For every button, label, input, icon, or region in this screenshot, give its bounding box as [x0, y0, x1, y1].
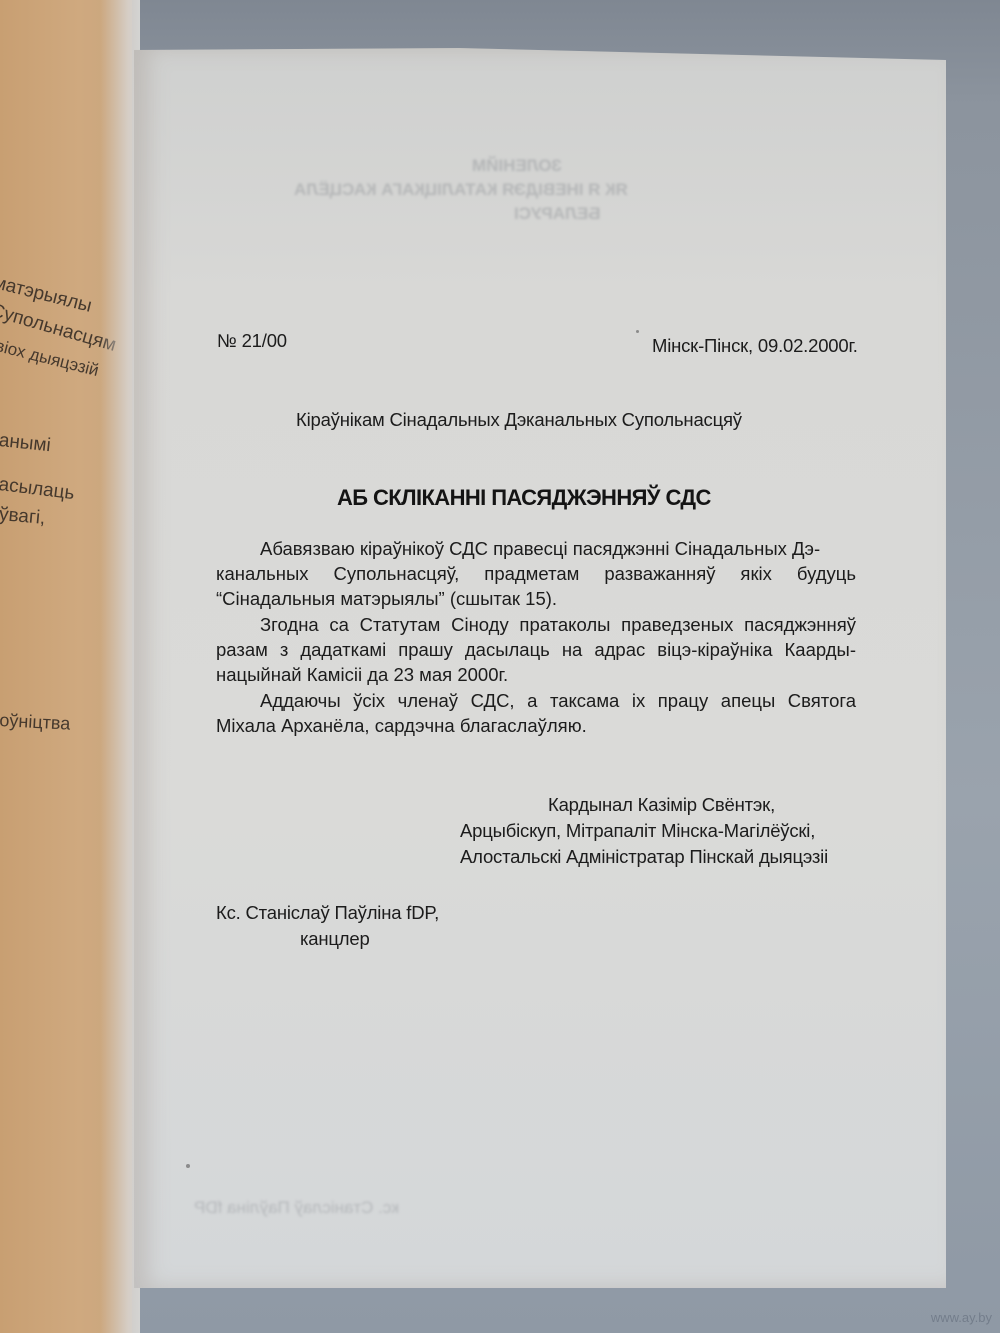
paragraph-1-line: “Сінадальныя матэрыялы” (сшытак 15). — [216, 588, 557, 610]
paragraph-2-line: разам з дадаткамі прашу дасылаць на адра… — [216, 639, 856, 661]
show-through-heading: ЗОЛЕНІЙМ — [472, 156, 562, 176]
document-number: № 21/00 — [217, 330, 287, 352]
document-page: ЗОЛЕНІЙМ ЯК Я ІНЕВІДЭЯ КАТАЛІЦКАГА КАСЦЁ… — [134, 48, 946, 1288]
signature-title: Алостальскі Адміністратар Пінскай дыяцэз… — [460, 846, 828, 868]
paragraph-1-line: Абавязваю кіраўнікоў СДС правесці пасядж… — [216, 538, 812, 560]
left-page-fragment: асылаць — [0, 474, 76, 505]
paragraph-1-line: канальных Супольнасцяў, прадметам разваж… — [216, 563, 856, 585]
place-and-date: Мінск-Пінск, 09.02.2000г. — [652, 335, 858, 357]
paragraph-2-line: нацыйнай Камісіі да 23 мая 2000г. — [216, 664, 508, 686]
chancellor-name: Кс. Станіслаў Паўліна fDP, — [216, 902, 439, 924]
document-title: АБ СКЛІКАННІ ПАСЯДЖЭННЯЎ СДС — [337, 485, 711, 511]
left-page-fragment: ўвагі, — [0, 504, 46, 530]
paragraph-2-line: Згодна са Статутам Сіноду пратаколы прав… — [260, 614, 856, 636]
signature-title: Арцыбіскуп, Мітрапаліт Мінска-Магілёўскі… — [460, 820, 815, 842]
print-speck — [186, 1164, 190, 1168]
print-speck — [636, 330, 639, 333]
paragraph-3-line: Аддаючы ўсіх членаў СДС, а таксама іх пр… — [260, 690, 856, 712]
addressee: Кіраўнікам Сінадальных Дэканальных Супол… — [296, 409, 742, 431]
watermark: www.ay.by — [931, 1310, 992, 1325]
signature-name: Кардынал Казімір Свёнтэк, — [548, 794, 775, 816]
chancellor-title: канцлер — [300, 928, 370, 950]
left-page-fragment: оўніцтва — [0, 710, 71, 735]
show-through-heading: БЕЛАРУСІ — [514, 204, 600, 224]
paragraph-3-line: Міхала Арханёла, сардэчна благаслаўляю. — [216, 715, 587, 737]
left-page-fragment: анымі — [0, 430, 52, 457]
show-through-heading: ЯК Я ІНЕВІДЭЯ КАТАЛІЦКАГА КАСЦЁЛА — [294, 180, 628, 200]
show-through-footer: кс. Станіслаў Паўліна fDP — [194, 1198, 399, 1218]
